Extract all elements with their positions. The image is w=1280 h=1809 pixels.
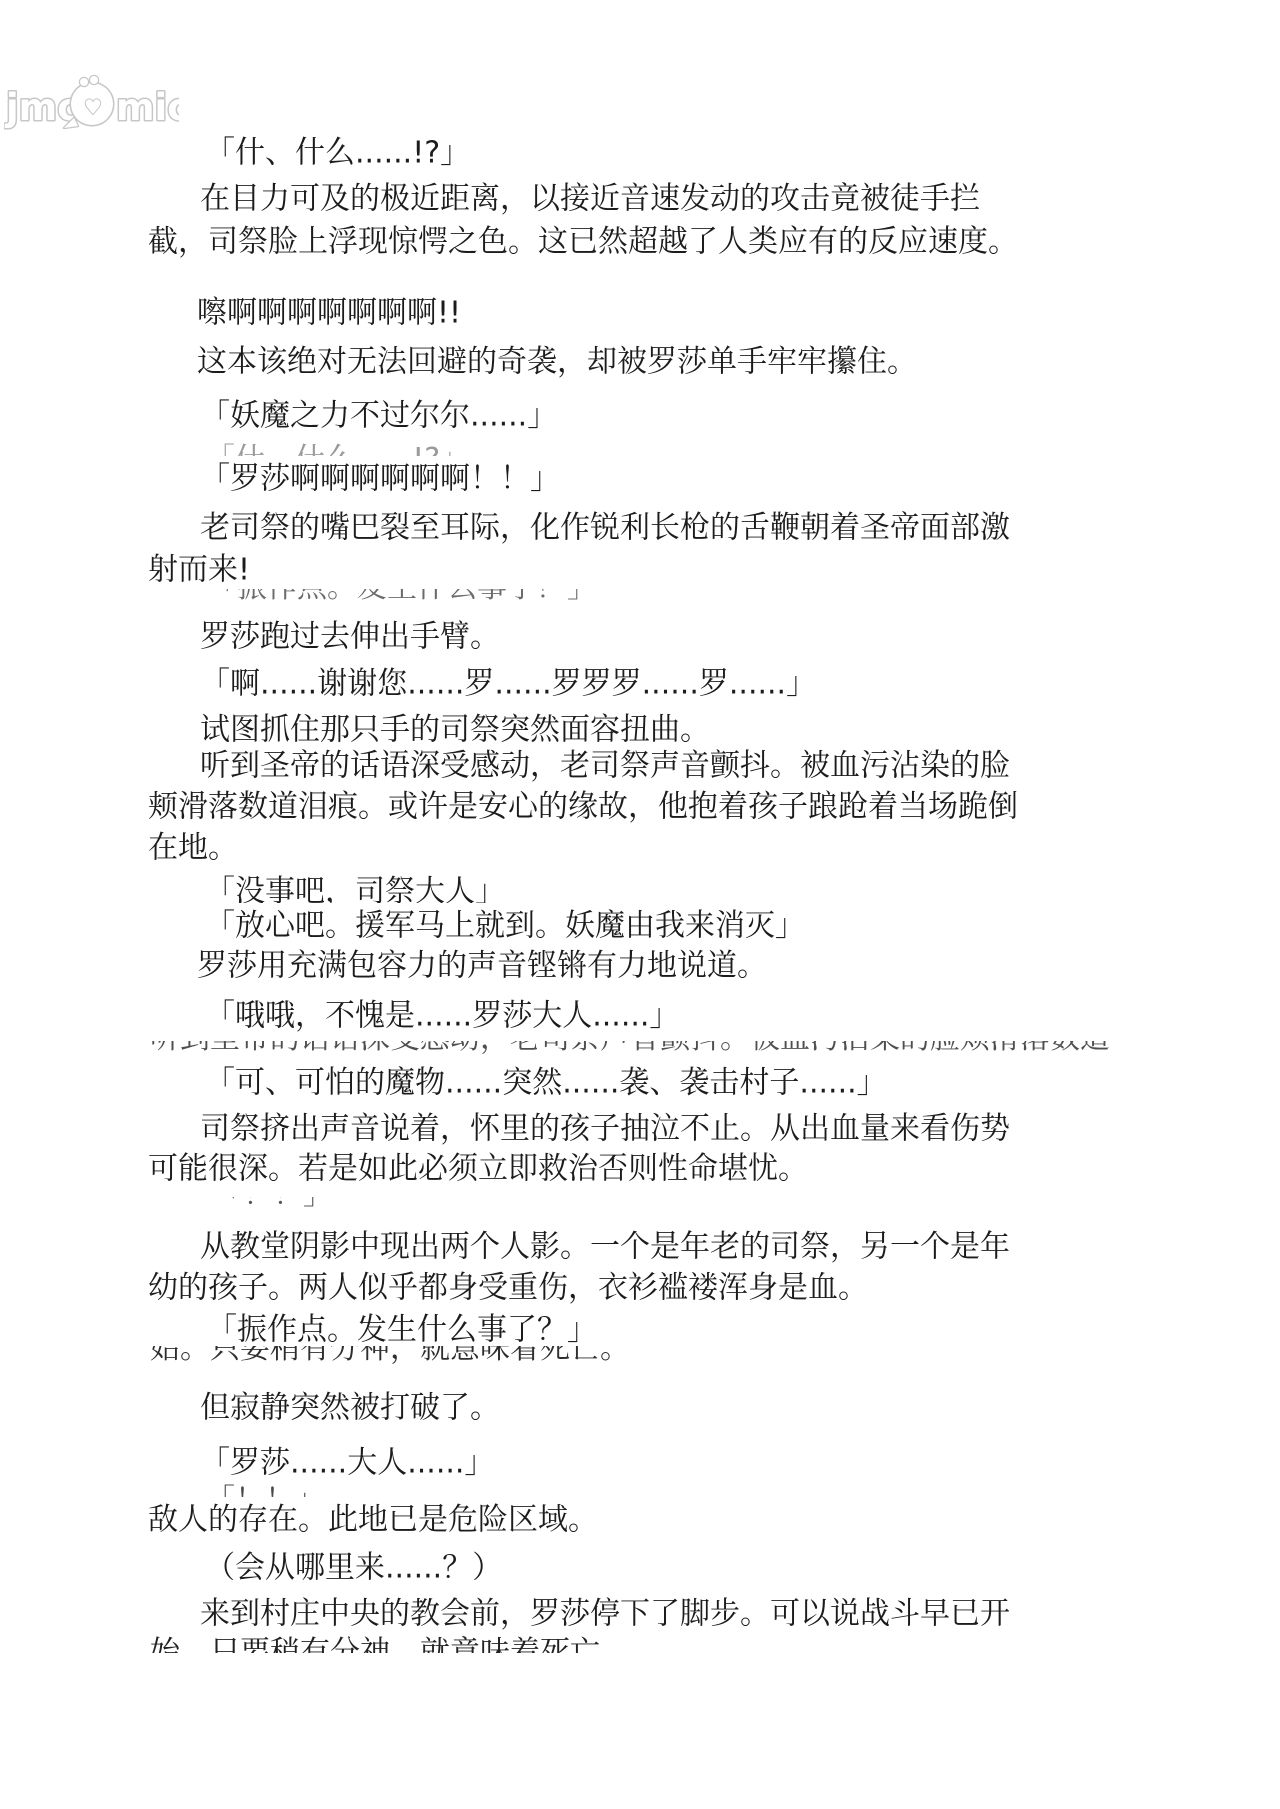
text-line: 截，司祭脸上浮现惊愕之色。这已然超越了人类应有的反应速度。 — [148, 225, 1018, 259]
text-line: 罗莎跑过去伸出手臂。 — [200, 620, 500, 654]
text-line: 「振作点。发生什么事了？」 — [207, 1313, 597, 1347]
text-line: 「什、什么......!?」 — [205, 443, 470, 456]
text-line: 从教堂阴影中现出两个人影。一个是年老的司祭，另一个是年 — [200, 1230, 1010, 1264]
clipped-text-fragment: 「振作点。发生什么事了？」 — [207, 589, 597, 604]
text-line: 「什、什么......!?」 — [205, 136, 470, 170]
heart-icon: ♥ — [84, 95, 102, 119]
text-line: 在目力可及的极近距离，以接近音速发动的攻击竟被徒手拦 — [200, 182, 980, 216]
jmcomic-watermark-logo: jmc ♥ mic — [4, 70, 179, 136]
text-line: 这本该绝对无法回避的奇袭，却被罗莎单手牢牢攥住。 — [197, 345, 917, 379]
bird-with-heart-icon: ♥ — [64, 76, 113, 128]
text-line: 「罗莎......大人......」 — [200, 1446, 494, 1480]
text-line: 来到村庄中央的教会前，罗莎停下了脚步。可以说战斗早已开 — [200, 1597, 1010, 1631]
text-line: 「啊......谢谢您......罗......罗罗罗......罗......… — [200, 667, 816, 701]
text-line: 敌人的存在。此地已是危险区域。 — [148, 1503, 598, 1537]
text-line: 听到圣帝的话语深受感动，老司祭声音颤抖。被血污沾染的脸颊滑落数道 — [150, 1041, 1110, 1055]
text-line: 「可、可怕的魔物......突然......袭、袭击村子......」 — [205, 1066, 887, 1100]
text-line: 可能很深。若是如此必须立即救治否则性命堪忧。 — [148, 1152, 808, 1186]
logo-text-right: mic — [116, 86, 179, 129]
text-line: 颊滑落数道泪痕。或许是安心的缘故，他抱着孩子踉跄着当场跪倒 — [148, 790, 1018, 824]
text-line: 「！！」 — [205, 1484, 325, 1497]
clipped-text-fragment: 「什、什么......!?」 — [205, 443, 470, 456]
text-line: 「！！」 — [213, 1197, 333, 1211]
text-line: 「没事吧，司祭大人」 — [205, 875, 505, 903]
text-line: 在地。 — [148, 831, 238, 865]
novel-text-page: jmc ♥ mic 「什、什么......!?」在目力可及的极近距离，以接近音速… — [0, 0, 1280, 1809]
text-line: （会从哪里来......？） — [205, 1551, 502, 1585]
text-line: 「放心吧。援军马上就到。妖魔由我来消灭」 — [205, 909, 805, 943]
clipped-text-fragment: 「！！」 — [205, 1484, 325, 1497]
text-line: 「罗莎啊啊啊啊啊啊！！」 — [200, 462, 560, 496]
text-line: 始。只要稍有分神，就意味着死亡。 — [150, 1346, 630, 1365]
clipped-text-fragment: 始。只要稍有分神，就意味着死亡。 — [150, 1346, 630, 1365]
text-line: 射而来! — [148, 553, 250, 587]
text-line: 幼的孩子。两人似乎都身受重伤，衣衫褴褛浑身是血。 — [148, 1271, 868, 1305]
clipped-text-fragment: 始。只要稍有分神，就意味着死亡。 — [150, 1636, 630, 1653]
text-line: 但寂静突然被打破了。 — [200, 1391, 500, 1425]
text-line: 听到圣帝的话语深受感动，老司祭声音颤抖。被血污沾染的脸 — [200, 749, 1010, 783]
text-line: 「哦哦，不愧是......罗莎大人......」 — [205, 999, 679, 1033]
text-line: 嚓啊啊啊啊啊啊啊!! — [197, 296, 461, 330]
text-line: 始。只要稍有分神，就意味着死亡。 — [150, 1636, 630, 1653]
text-line: 试图抓住那只手的司祭突然面容扭曲。 — [200, 713, 710, 747]
text-line: 司祭挤出声音说着，怀里的孩子抽泣不止。从出血量来看伤势 — [200, 1112, 1010, 1146]
text-line: 罗莎用充满包容力的声音铿锵有力地说道。 — [197, 949, 767, 983]
text-line: 「振作点。发生什么事了？」 — [207, 589, 597, 604]
clipped-text-fragment: 听到圣帝的话语深受感动，老司祭声音颤抖。被血污沾染的脸颊滑落数道 — [150, 1041, 1110, 1055]
text-line: 老司祭的嘴巴裂至耳际，化作锐利长枪的舌鞭朝着圣帝面部激 — [200, 511, 1010, 545]
clipped-text-fragment: 「！！」 — [213, 1197, 333, 1211]
clipped-text-fragment: 「没事吧，司祭大人」 — [205, 875, 505, 903]
text-line: 「妖魔之力不过尔尔......」 — [200, 399, 557, 433]
